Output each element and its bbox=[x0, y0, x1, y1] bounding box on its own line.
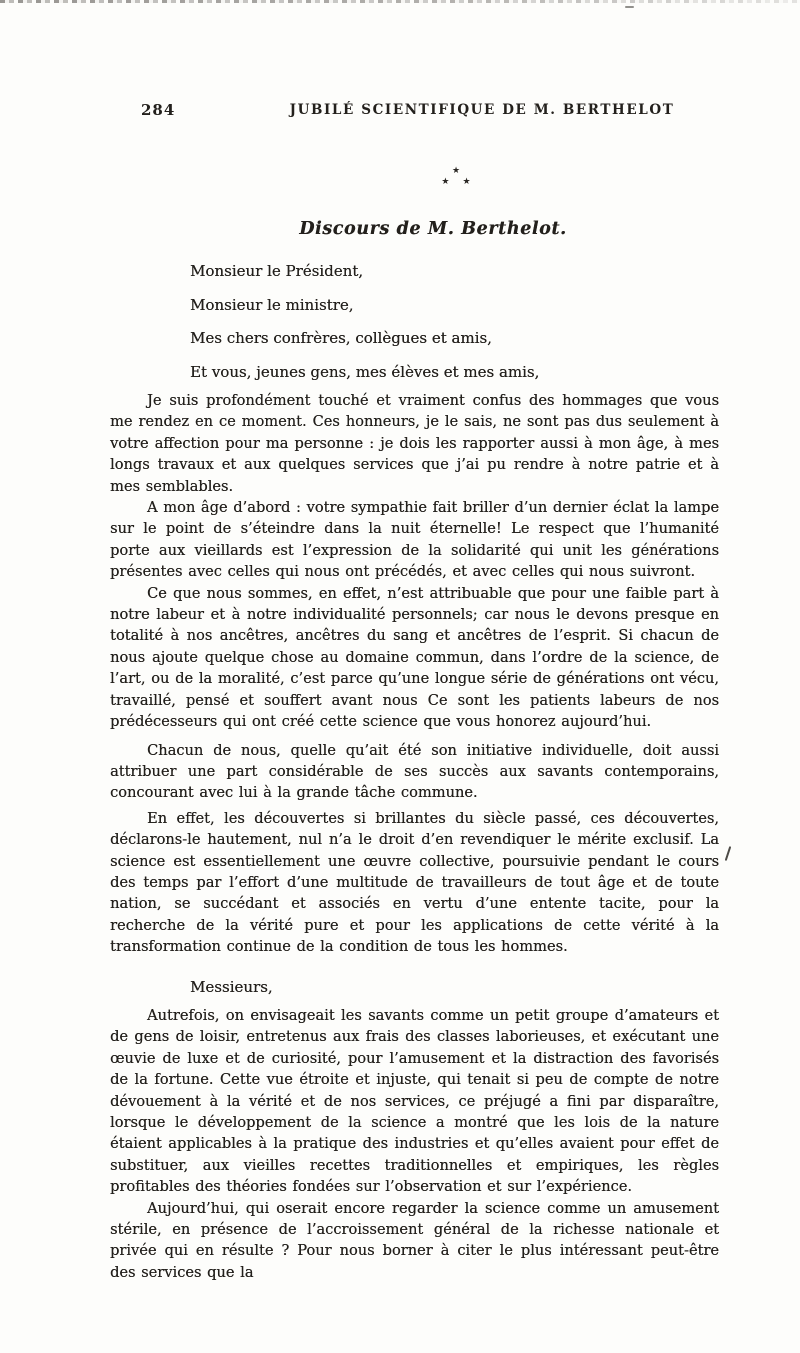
section-title: Discours de M. Berthelot. bbox=[299, 219, 567, 239]
paragraph-6: Autrefois, on envisageait les savants co… bbox=[110, 1005, 719, 1198]
paragraph-4: Chacun de nous, quelle qu’ait été son in… bbox=[110, 740, 719, 804]
salutation-messieurs: Messieurs, bbox=[190, 977, 719, 998]
star-icon: ★ bbox=[441, 178, 449, 186]
book-page: 284 JUBILÉ SCIENTIFIQUE DE M. BERTHELOT … bbox=[0, 0, 800, 1353]
running-title: JUBILÉ SCIENTIFIQUE DE M. BERTHELOT bbox=[290, 102, 675, 118]
asterism-star-row: ★ ★ bbox=[441, 178, 470, 186]
scan-torn-edge-artifact bbox=[0, 0, 800, 3]
paragraph-1: Je suis profondément touché et vraiment … bbox=[110, 390, 719, 497]
scan-speck-artifact bbox=[625, 6, 634, 8]
star-icon: ★ bbox=[463, 178, 471, 186]
salutation-line-president: Monsieur le Président, bbox=[190, 261, 539, 282]
paragraph-5: En effet, les découvertes si brillantes … bbox=[110, 808, 719, 958]
salutation-line-ministre: Monsieur le ministre, bbox=[190, 295, 539, 316]
running-header: 284 JUBILÉ SCIENTIFIQUE DE M. BERTHELOT bbox=[0, 101, 800, 123]
paragraph-3: Ce que nous sommes, en effet, n’est attr… bbox=[110, 583, 719, 733]
salutation-line-confreres: Mes chers confrères, collègues et amis, bbox=[190, 328, 539, 349]
speech-body: Je suis profondément touché et vraiment … bbox=[110, 390, 719, 1283]
scan-stray-mark-artifact bbox=[725, 846, 731, 861]
paragraph-2: A mon âge d’abord : votre sympathie fait… bbox=[110, 497, 719, 583]
page-number: 284 bbox=[141, 101, 175, 119]
asterism-ornament: ★ ★ ★ bbox=[441, 167, 470, 186]
salutation-line-jeunes-gens: Et vous, jeunes gens, mes élèves et mes … bbox=[190, 362, 539, 383]
salutations-block: Monsieur le Président, Monsieur le minis… bbox=[190, 261, 539, 395]
paragraph-7: Aujourd’hui, qui oserait encore regarder… bbox=[110, 1198, 719, 1284]
star-icon: ★ bbox=[452, 167, 460, 175]
